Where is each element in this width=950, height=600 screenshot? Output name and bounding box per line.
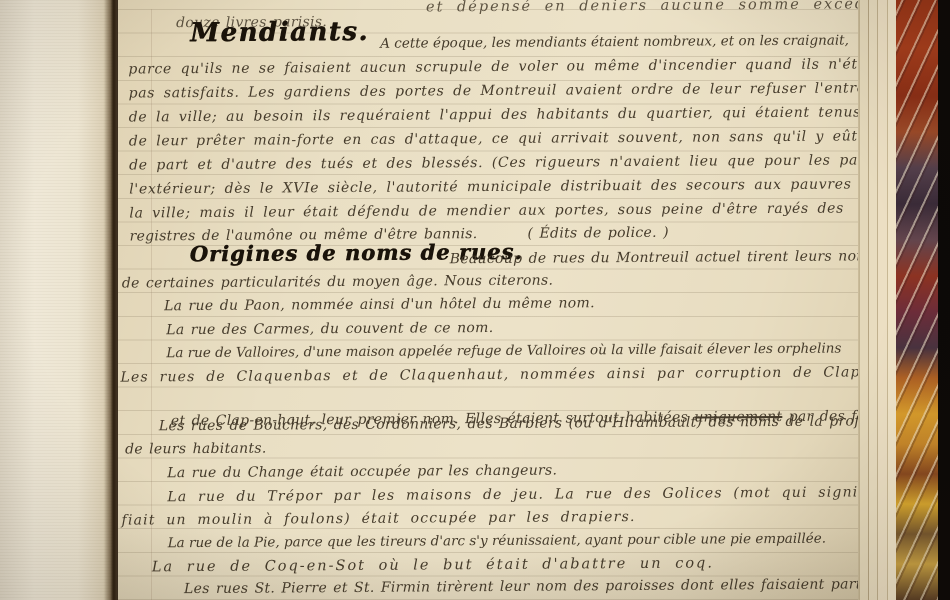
text-line: La rue du Change était occupée par les c… — [167, 461, 557, 484]
text-line: La rue de Valloires, d'une maison appelé… — [166, 339, 841, 364]
text-line-top-fragment-right: et dépensé en deniers aucune somme excéd… — [426, 0, 858, 17]
text-line: parce qu'ils ne se faisaient aucun scrup… — [128, 54, 858, 79]
text-line: de leurs habitants. — [125, 439, 267, 460]
text-line: La rue des Carmes, du couvent de ce nom. — [166, 318, 493, 340]
facing-blank-page — [0, 0, 114, 600]
text-line: La rue de la Pie, parce que les tireurs … — [168, 529, 826, 554]
text-line: de certaines particularités du moyen âge… — [122, 271, 553, 294]
book-photo: et dépensé en deniers aucune somme excéd… — [0, 0, 950, 600]
text-line: La rue du Trépor par les maisons de jeu.… — [167, 482, 858, 507]
text-line: de leur prêter main-forte en cas d'attaq… — [129, 126, 858, 151]
text-line: Les rues St. Pierre et St. Firmin tirère… — [184, 574, 858, 599]
text-line: de la ville; au besoin ils requéraient l… — [129, 102, 858, 127]
section-heading-mendiants: Mendiants. — [190, 17, 369, 48]
text-line: La rue de Coq-en-Sot où le but était d'a… — [152, 553, 714, 577]
manuscript-page: et dépensé en deniers aucune somme excéd… — [118, 0, 858, 600]
text-line: de part et d'autre des tués et des bless… — [129, 150, 858, 176]
text-line: l'extérieur; dès le XVIe siècle, l'autor… — [129, 174, 858, 199]
text-line: Beaucoup de rues du Montreuil actuel tir… — [450, 246, 858, 269]
marbled-cover-edge — [896, 0, 938, 600]
text-line: fiait un moulin à foulons) était occupée… — [121, 507, 635, 531]
page-edges — [858, 0, 896, 600]
text-line: Les rues de Claquenbas et de Claquenhaut… — [120, 362, 858, 388]
text-line: La rue du Paon, nommée ainsi d'un hôtel … — [164, 293, 595, 316]
manuscript-text-layer: et dépensé en deniers aucune somme excéd… — [118, 0, 858, 600]
text-line: A cette époque, les mendiants étaient no… — [380, 30, 849, 53]
text-line: pas satisfaits. Les gardiens des portes … — [128, 78, 858, 103]
text-line: la ville; mais il leur était défendu de … — [129, 199, 844, 224]
